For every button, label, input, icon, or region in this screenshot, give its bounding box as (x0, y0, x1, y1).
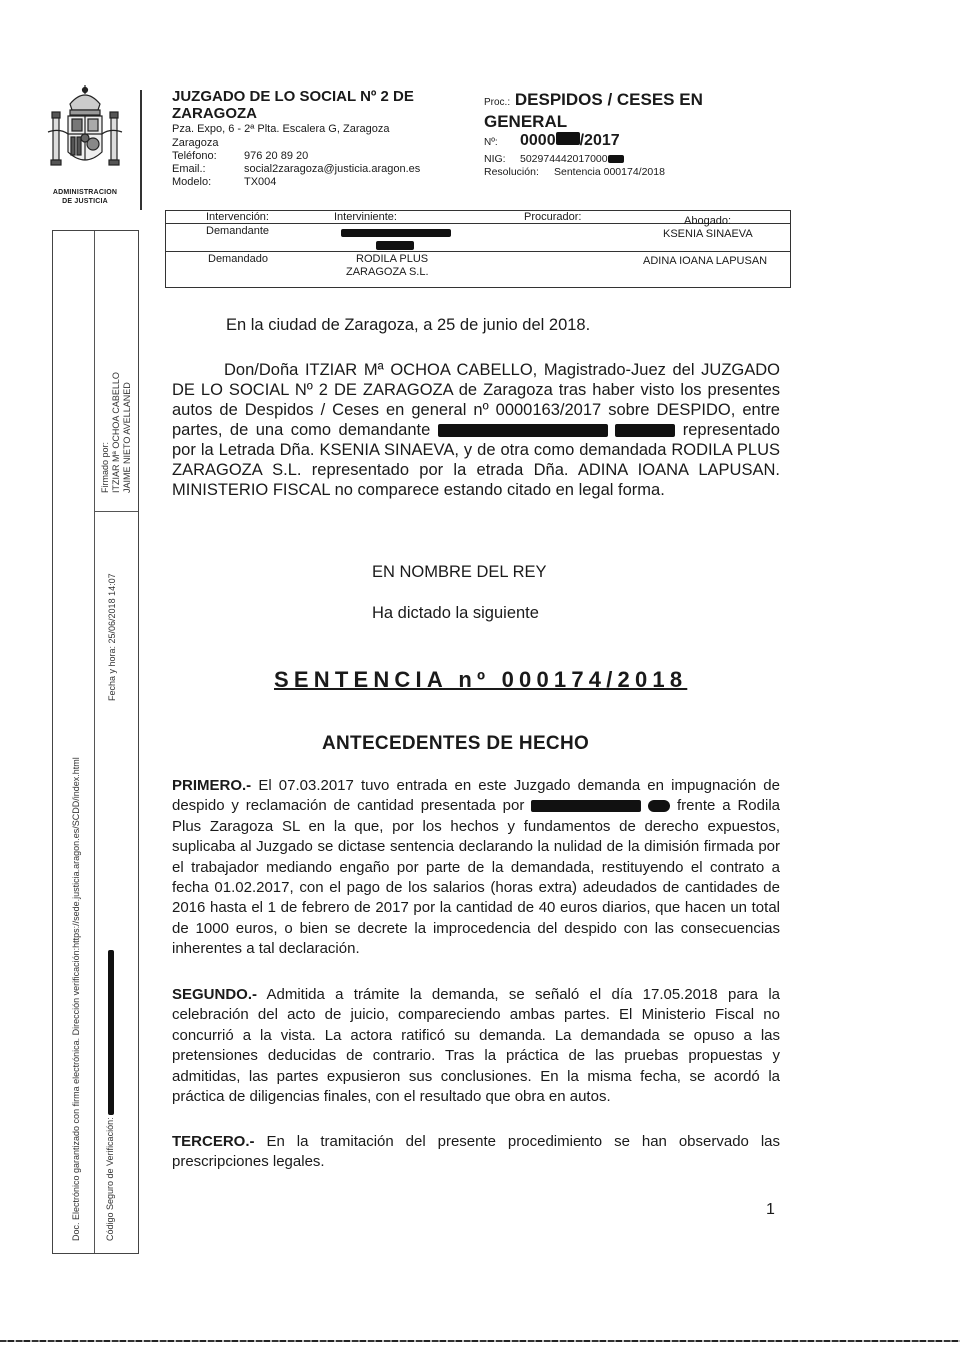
model-row: Modelo: TX004 (172, 176, 462, 189)
email-row: Email.: social2zaragoza@justicia.aragon.… (172, 163, 462, 176)
row2-interviniente-line2: ZARAGOZA S.L. (346, 266, 429, 278)
proceeding-info: Proc.: DESPIDOS / CESES EN GENERAL Nº: 0… (484, 90, 784, 179)
fact-primero: PRIMERO.- El 07.03.2017 tuvo entrada en … (172, 776, 780, 960)
phone-label: Teléfono: (172, 150, 244, 163)
signer-2: JAIME NIETO AVELLANED (122, 382, 132, 493)
city-date: En la ciudad de Zaragoza, a 25 de junio … (226, 316, 590, 335)
fact-label: SEGUNDO.- (172, 986, 257, 1003)
nig-value: 502974442017000 (520, 153, 608, 166)
fact-label: TERCERO.- (172, 1133, 255, 1150)
emblem-label-line1: ADMINISTRACION (40, 188, 130, 197)
row2-abogado: ADINA IOANA LAPUSAN (643, 255, 767, 267)
row2-interviniente-line1: RODILA PLUS (356, 253, 428, 265)
redaction-block (376, 241, 414, 250)
court-city: Zaragoza (172, 137, 462, 150)
fact-label: PRIMERO.- (172, 777, 251, 794)
electronic-doc-note: Doc. Electrónico garantizado con firma e… (71, 757, 81, 1241)
redaction-block (108, 950, 114, 1115)
stamp-divider (94, 231, 95, 1253)
resolution-value: Sentencia 000174/2018 (554, 166, 665, 179)
scan-bottom-edge (0, 1340, 960, 1342)
intro-paragraph: Don/Doña ITZIAR Mª OCHOA CABELLO, Magist… (172, 360, 780, 500)
electronic-signature-stamp: Doc. Electrónico garantizado con firma e… (52, 230, 139, 1254)
case-number-suffix: /2017 (580, 131, 620, 151)
row1-intervencion: Demandante (206, 225, 269, 237)
row1-abogado: KSENIA SINAEVA (663, 228, 753, 240)
date-time-stamp: Fecha y hora: 25/06/2018 14:07 (107, 573, 117, 701)
header-abogado: Abogado: (684, 215, 731, 227)
emblem-label-line2: DE JUSTICIA (40, 197, 130, 206)
fact-text: En la tramitación del presente procedimi… (172, 1133, 780, 1170)
redaction-block (438, 424, 608, 437)
nig-label: NIG: (484, 153, 520, 166)
antecedentes-title: ANTECEDENTES DE HECHO (322, 733, 589, 755)
phone-value: 976 20 89 20 (244, 150, 308, 163)
court-name-line1: JUZGADO DE LO SOCIAL Nº 2 DE (172, 88, 462, 105)
row2-intervencion: Demandado (208, 253, 268, 265)
resolution-label: Resolución: (484, 166, 554, 179)
resolution-row: Resolución: Sentencia 000174/2018 (484, 166, 784, 179)
header-divider (140, 90, 142, 210)
court-address: Pza. Expo, 6 - 2ª Plta. Escalera G, Zara… (172, 123, 462, 136)
redaction-block (341, 229, 451, 237)
court-name-line2: ZARAGOZA (172, 105, 462, 122)
fact-segundo: SEGUNDO.- Admitida a trámite la demanda,… (172, 985, 780, 1107)
redaction-block (615, 424, 675, 437)
redaction-block (608, 155, 624, 163)
fact-tercero: TERCERO.- En la tramitación del presente… (172, 1132, 780, 1173)
verification-code-row: Código Seguro de Verificación: (105, 950, 115, 1241)
proc-line2: GENERAL (484, 112, 784, 131)
model-value: TX004 (244, 176, 276, 189)
header-interviniente: Interviniente: (334, 211, 397, 223)
parties-table: Intervención: Interviniente: Procurador:… (165, 210, 791, 288)
email-label: Email.: (172, 163, 244, 176)
header-procurador: Procurador: (524, 211, 581, 223)
court-header: JUZGADO DE LO SOCIAL Nº 2 DE ZARAGOZA Pz… (172, 88, 462, 189)
table-row-divider (166, 251, 790, 252)
case-number-label: Nº: (484, 133, 520, 153)
phone-row: Teléfono: 976 20 89 20 (172, 150, 462, 163)
dictado-line: Ha dictado la siguiente (372, 604, 539, 623)
sentencia-title: SENTENCIA nº 000174/2018 (274, 667, 687, 693)
nig-row: NIG: 502974442017000 (484, 153, 784, 166)
case-number-prefix: 0000 (520, 131, 556, 151)
fact-text: Admitida a trámite la demanda, se señaló… (172, 986, 780, 1105)
fact-text-part2: frente a Rodila Plus Zaragoza SL en la q… (172, 797, 780, 957)
proc-line1: Proc.: DESPIDOS / CESES EN (484, 90, 784, 112)
signed-by-label: Firmado por: (100, 442, 110, 493)
verification-code-label: Código Seguro de Verificación: (105, 1117, 115, 1241)
proc-type: DESPIDOS / CESES EN (515, 90, 703, 109)
administration-label: ADMINISTRACION DE JUSTICIA (40, 188, 130, 206)
stamp-divider (94, 511, 138, 512)
en-nombre-del-rey: EN NOMBRE DEL REY (372, 563, 547, 582)
header-intervencion: Intervención: (206, 211, 269, 223)
redaction-block (556, 132, 580, 145)
coat-of-arms-icon (40, 82, 130, 182)
redaction-block (531, 800, 641, 812)
email-value: social2zaragoza@justicia.aragon.es (244, 163, 420, 176)
proc-label: Proc.: (484, 97, 510, 108)
redaction-block (648, 800, 670, 812)
case-number-row: Nº: 0000 /2017 (484, 131, 784, 153)
model-label: Modelo: (172, 176, 244, 189)
signer-1: ITZIAR Mª OCHOA CABELLO (111, 372, 121, 493)
page-number: 1 (766, 1201, 775, 1219)
